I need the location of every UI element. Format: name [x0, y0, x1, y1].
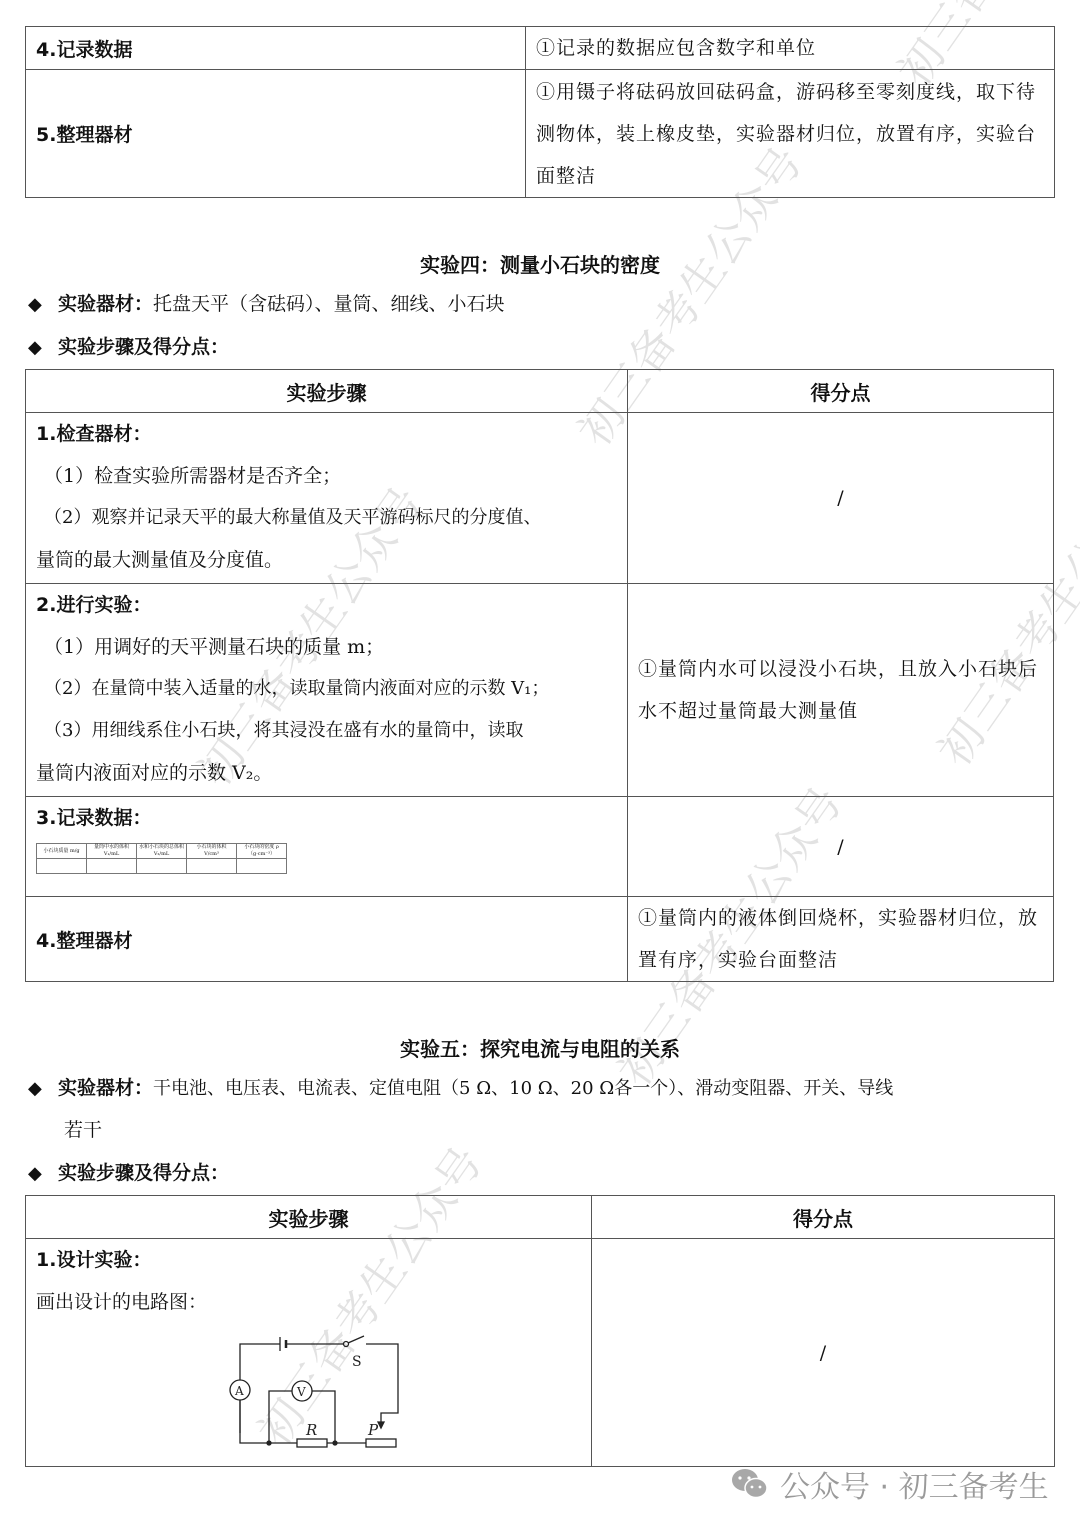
mini-cell [137, 859, 187, 874]
step-cell: 1.设计实验： 画出设计的电路图： [26, 1239, 592, 1467]
resistor-label: R [305, 1421, 317, 1439]
materials-text: 干电池、电压表、电流表、定值电阻（5 Ω、10 Ω、20 Ω各一个）、滑动变阻器… [153, 1078, 893, 1099]
mini-header: 小石块的体积 V/cm³ [187, 844, 237, 859]
ammeter-label: A [234, 1384, 244, 1398]
mini-cell [87, 859, 137, 874]
header-score: 得分点 [628, 370, 1054, 413]
step-cell: 2.进行实验： （1）用调好的天平测量石块的质量 m； （2）在量筒中装入适量的… [26, 584, 628, 797]
table-row: 3.记录数据： 小石块质量 m/g 量筒中水的体积 V₁/mL 水和小石块的总体… [26, 797, 1054, 897]
diamond-bullet-icon: ◆ [28, 1068, 58, 1110]
score-cell: ①量筒内的液体倒回烧杯，实验器材归位，放置有序，实验台面整洁 [628, 897, 1054, 982]
footer-text: 公众号 · 初三备考生 [780, 1462, 1049, 1506]
step-cell: 4.记录数据 [26, 27, 526, 70]
header-step: 实验步骤 [26, 1196, 592, 1239]
diamond-bullet-icon: ◆ [28, 284, 58, 326]
score-cell: ①用镊子将砝码放回砝码盒，游码移至零刻度线，取下待测物体，装上橡皮垫，实验器材归… [526, 70, 1055, 198]
record-data-table: 小石块质量 m/g 量筒中水的体积 V₁/mL 水和小石块的总体积V₂/mL 小… [36, 843, 287, 874]
step-title: 3.记录数据： [36, 797, 617, 839]
materials-label: 实验器材： [58, 293, 153, 315]
mini-cell [37, 859, 87, 874]
step-cell: 1.检查器材： （1）检查实验所需器材是否齐全； （2）观察并记录天平的最大称量… [26, 413, 628, 584]
step-title: 1.检查器材： [36, 413, 617, 455]
mini-header: 水和小石块的总体积V₂/mL [137, 844, 187, 859]
mini-header: 小石块的密度 ρ（g·cm⁻³） [237, 844, 287, 859]
exp4-steps-label: ◆实验步骤及得分点： [28, 326, 229, 369]
score-cell: ①记录的数据应包含数字和单位 [526, 27, 1055, 70]
mini-header: 量筒中水的体积 V₁/mL [87, 844, 137, 859]
step-cell: 5.整理器材 [26, 70, 526, 198]
exp4-table: 实验步骤 得分点 1.检查器材： （1）检查实验所需器材是否齐全； （2）观察并… [25, 369, 1054, 982]
step-title: 1.设计实验： [36, 1239, 581, 1281]
step-line: （1）检查实验所需器材是否齐全； [36, 455, 617, 497]
exp4-materials: ◆实验器材：托盘天平（含砝码）、量筒、细线、小石块 [28, 283, 505, 326]
steps-label: 实验步骤及得分点： [58, 1162, 229, 1184]
mini-cell [237, 859, 287, 874]
step-line: （2）在量筒中装入适量的水，读取量筒内液面对应的示数 V₁； [36, 668, 617, 710]
wechat-icon [730, 1467, 770, 1501]
table-row: 2.进行实验： （1）用调好的天平测量石块的质量 m； （2）在量筒中装入适量的… [26, 584, 1054, 797]
exp5-table: 实验步骤 得分点 1.设计实验： 画出设计的电路图： [25, 1195, 1055, 1467]
top-table: 4.记录数据 ①记录的数据应包含数字和单位 5.整理器材 ①用镊子将砝码放回砝码… [25, 26, 1055, 198]
table-row: 5.整理器材 ①用镊子将砝码放回砝码盒，游码移至零刻度线，取下待测物体，装上橡皮… [26, 70, 1055, 198]
header-score: 得分点 [592, 1196, 1055, 1239]
mini-cell [187, 859, 237, 874]
step-line: （3）用细线系住小石块，将其浸没在盛有水的量筒中，读取 [36, 710, 617, 752]
exp4-title: 实验四：测量小石块的密度 [0, 249, 1080, 278]
exp5-materials-cont: 若干 [64, 1109, 102, 1151]
diamond-bullet-icon: ◆ [28, 327, 58, 369]
table-header-row: 实验步骤 得分点 [26, 370, 1054, 413]
score-cell: / [592, 1239, 1055, 1467]
step-line: （2）观察并记录天平的最大称量值及天平游码标尺的分度值、 [36, 497, 617, 539]
header-step: 实验步骤 [26, 370, 628, 413]
footer: 公众号 · 初三备考生 [730, 1462, 1049, 1506]
voltmeter-label: V [296, 1385, 306, 1399]
mini-header: 小石块质量 m/g [37, 844, 87, 859]
materials-text: 托盘天平（含砝码）、量筒、细线、小石块 [153, 293, 505, 315]
step-line: 量筒的最大测量值及分度值。 [36, 539, 617, 581]
steps-label: 实验步骤及得分点： [58, 336, 229, 358]
switch-label: S [352, 1354, 362, 1370]
table-row: 4.整理器材 ①量筒内的液体倒回烧杯，实验器材归位，放置有序，实验台面整洁 [26, 897, 1054, 982]
table-row: 1.检查器材： （1）检查实验所需器材是否齐全； （2）观察并记录天平的最大称量… [26, 413, 1054, 584]
rheostat-label: P [367, 1421, 379, 1439]
exp5-steps-label: ◆实验步骤及得分点： [28, 1152, 229, 1195]
step-cell: 3.记录数据： 小石块质量 m/g 量筒中水的体积 V₁/mL 水和小石块的总体… [26, 797, 628, 897]
step-line: （1）用调好的天平测量石块的质量 m； [36, 626, 617, 668]
table-header-row: 实验步骤 得分点 [26, 1196, 1055, 1239]
diamond-bullet-icon: ◆ [28, 1153, 58, 1195]
exp5-materials: ◆实验器材：干电池、电压表、电流表、定值电阻（5 Ω、10 Ω、20 Ω各一个）… [28, 1067, 1058, 1110]
step-line: 量筒内液面对应的示数 V₂。 [36, 752, 617, 794]
circuit-diagram: S A V R P [218, 1334, 418, 1454]
materials-label: 实验器材： [58, 1077, 153, 1099]
step-line: 画出设计的电路图： [36, 1281, 581, 1323]
exp5-title: 实验五：探究电流与电阻的关系 [0, 1033, 1080, 1062]
table-row: 4.记录数据 ①记录的数据应包含数字和单位 [26, 27, 1055, 70]
score-cell: / [628, 413, 1054, 584]
step-title: 2.进行实验： [36, 584, 617, 626]
table-row: 1.设计实验： 画出设计的电路图： [26, 1239, 1055, 1467]
step-cell: 4.整理器材 [26, 897, 628, 982]
score-cell: ①量筒内水可以浸没小石块，且放入小石块后水不超过量筒最大测量值 [628, 584, 1054, 797]
score-cell: / [628, 797, 1054, 897]
